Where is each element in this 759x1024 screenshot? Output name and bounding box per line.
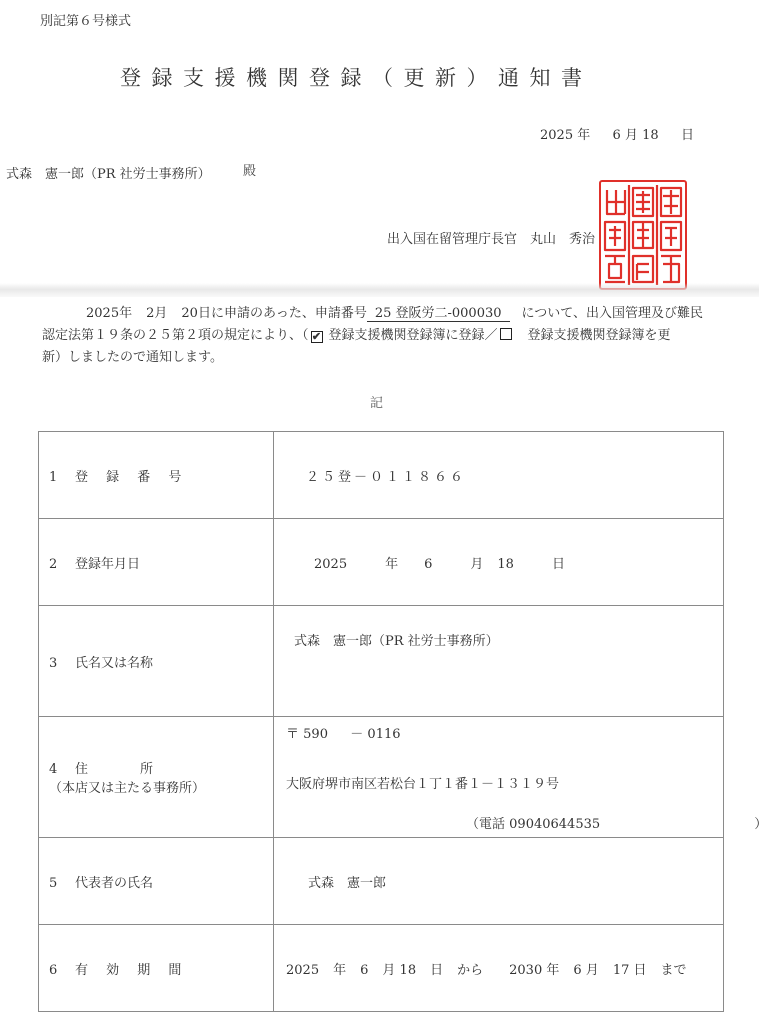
registration-day: 18 <box>497 557 514 572</box>
register-checkbox[interactable]: ✔ <box>311 331 323 343</box>
month-unit: 月 <box>382 963 395 978</box>
street-address: 大阪府堺市南区若松台１丁１番１－１３１９号 <box>286 773 559 792</box>
postal-code: 〒 590 － 0116 <box>286 723 401 742</box>
application-year: 2025 <box>86 306 119 321</box>
year-unit: 年 <box>119 306 132 321</box>
organization-name: 式森 憲一郎（PR 社労士事務所） <box>274 606 724 717</box>
issue-month: 6 <box>613 128 621 143</box>
phone-close: ） <box>754 813 759 832</box>
year-unit: 年 <box>385 557 398 572</box>
scan-artifact <box>0 283 759 297</box>
phone-number: 09040644535 <box>509 817 600 832</box>
honorific: 殿 <box>243 160 256 179</box>
day-unit: 日 <box>634 963 647 978</box>
notice-line-1-tail: について、出入国管理及び難民 <box>522 306 703 321</box>
addressee: 式森 憲一郎（PR 社労士事務所） <box>6 163 211 182</box>
notice-line-3: 新）しましたので通知します。 <box>42 347 732 369</box>
table-row: 1登 録 番 号 ２５登－０１１８６６ <box>39 432 724 519</box>
application-day-text: 日に申請のあった、申請番号 <box>198 306 367 321</box>
registration-number: ２５登－０１１８６６ <box>274 432 724 519</box>
postal-code-first: 590 <box>303 727 328 742</box>
year-unit: 年 <box>546 963 559 978</box>
postal-code-second: 0116 <box>367 727 400 742</box>
row-label: 2登録年月日 <box>39 519 274 606</box>
valid-from-year: 2025 <box>286 963 319 978</box>
renew-option-label: 登録支援機関登録簿を更 <box>528 328 671 343</box>
register-option-label: 登録支援機関登録簿に登録／ <box>329 328 498 343</box>
row-label-text: 氏名又は名称 <box>75 656 153 671</box>
issue-year-unit: 年 <box>577 124 590 143</box>
official-seal-icon <box>599 180 687 290</box>
month-unit: 月 <box>154 306 167 321</box>
issue-day-unit: 日 <box>681 124 694 143</box>
validity-period: 2025年6月 18日から2030 年6 月17 日まで <box>274 925 724 1012</box>
row-label: 1登 録 番 号 <box>39 432 274 519</box>
renew-checkbox[interactable] <box>500 328 512 340</box>
table-row: 5代表者の氏名 式森 憲一郎 <box>39 838 724 925</box>
issue-month-unit: 月 <box>625 124 638 143</box>
row-label: 3氏名又は名称 <box>39 606 274 717</box>
phone-label: （電話 <box>466 817 505 832</box>
ki-heading: 記 <box>370 392 383 411</box>
registration-month: 6 <box>424 557 432 572</box>
registration-number-value: ２５登－０１１８６６ <box>306 470 466 485</box>
day-unit: 日 <box>430 963 443 978</box>
issuer-name: 出入国在留管理庁長官 丸山 秀治 <box>387 228 595 247</box>
address: 〒 590 － 0116 大阪府堺市南区若松台１丁１番１－１３１９号 （電話 0… <box>274 717 724 838</box>
postal-dash: － <box>350 727 363 742</box>
row-number: 1 <box>49 470 75 485</box>
year-unit: 年 <box>333 963 346 978</box>
row-label: 4住 所 （本店又は主たる事務所） <box>39 717 274 838</box>
valid-to-day: 17 <box>613 963 630 978</box>
notice-line-2-head: 認定法第１９条の２５第２項の規定により、（ <box>42 328 309 343</box>
row-number: 6 <box>49 963 75 978</box>
issue-date: 2025 年 6 月 18 日 <box>540 124 694 143</box>
document-title: 登録支援機関登録（更新）通知書 <box>120 62 593 92</box>
organization-name-value: 式森 憲一郎（PR 社労士事務所） <box>294 634 499 649</box>
row-label: 6有 効 期 間 <box>39 925 274 1012</box>
application-number: 25 登阪労二-000030 <box>367 306 510 322</box>
month-unit: 月 <box>586 963 599 978</box>
phone: （電話 09040644535 ） <box>466 813 759 832</box>
day-unit: 日 <box>552 557 565 572</box>
row-number: 4 <box>49 762 75 777</box>
valid-from-month: 6 <box>360 963 368 978</box>
form-identifier: 別記第６号様式 <box>40 10 131 29</box>
valid-to-year: 2030 <box>509 963 542 978</box>
registration-details-table: 1登 録 番 号 ２５登－０１１８６６ 2登録年月日 2025年6月18日 3氏… <box>38 431 724 1012</box>
table-row: 4住 所 （本店又は主たる事務所） 〒 590 － 0116 大阪府堺市南区若松… <box>39 717 724 838</box>
valid-from-day: 18 <box>400 963 417 978</box>
to-text: まで <box>661 963 687 978</box>
row-label-text: 登 録 番 号 <box>75 470 188 485</box>
representative-name: 式森 憲一郎 <box>274 838 724 925</box>
postal-mark-icon: 〒 <box>286 727 299 742</box>
row-sublabel: （本店又は主たる事務所） <box>49 777 273 796</box>
table-row: 3氏名又は名称 式森 憲一郎（PR 社労士事務所） <box>39 606 724 717</box>
registration-date: 2025年6月18日 <box>274 519 724 606</box>
from-text: から <box>457 963 483 978</box>
registration-year: 2025 <box>314 557 347 572</box>
month-unit: 月 <box>470 557 483 572</box>
issue-day: 18 <box>642 128 659 143</box>
row-number: 5 <box>49 876 75 891</box>
table-row: 6有 効 期 間 2025年6月 18日から2030 年6 月17 日まで <box>39 925 724 1012</box>
representative-name-value: 式森 憲一郎 <box>308 876 386 891</box>
row-label-text: 住 所 <box>75 762 153 777</box>
valid-to-month: 6 <box>573 963 581 978</box>
row-label-text: 代表者の氏名 <box>75 876 153 891</box>
row-number: 2 <box>49 557 75 572</box>
row-number: 3 <box>49 656 75 671</box>
table-row: 2登録年月日 2025年6月18日 <box>39 519 724 606</box>
issue-year: 2025 <box>540 128 573 143</box>
notice-line-2: 認定法第１９条の２５第２項の規定により、（✔登録支援機関登録簿に登録／登録支援機… <box>42 325 732 347</box>
row-label: 5代表者の氏名 <box>39 838 274 925</box>
row-label-text: 登録年月日 <box>75 557 140 572</box>
notice-body: 2025年2月20日に申請のあった、申請番号25 登阪労二-000030について… <box>42 303 732 369</box>
row-label-text: 有 効 期 間 <box>75 963 188 978</box>
notice-line-1: 2025年2月20日に申請のあった、申請番号25 登阪労二-000030について… <box>42 303 732 325</box>
application-day: 20 <box>181 306 198 321</box>
